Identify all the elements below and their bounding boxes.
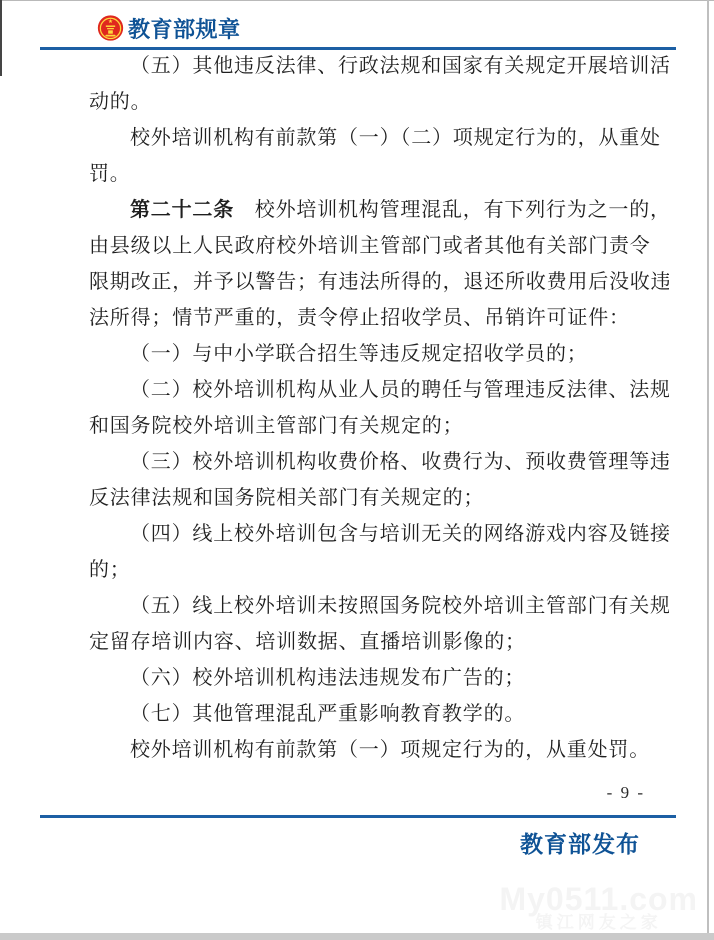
page-edge-right	[707, 0, 709, 933]
body-line: 由县级以上人民政府校外培训主管部门或者其他有关部门责令	[89, 228, 669, 264]
paragraph: 第二十二条 校外培训机构管理混乱，有下列行为之一的，由县级以上人民政府校外培训主…	[89, 192, 669, 336]
body-line: 动的。	[89, 84, 669, 120]
body-line: 的；	[89, 552, 669, 588]
body-line: （六）校外培训机构违法违规发布广告的；	[89, 660, 669, 696]
paragraph: （一）与中小学联合招生等违反规定招收学员的；	[89, 336, 669, 372]
paragraph: 校外培训机构有前款第（一）项规定行为的，从重处罚。	[89, 732, 669, 768]
body-line: （五）线上校外培训未按照国务院校外培训主管部门有关规	[89, 588, 669, 624]
body-line: 和国务院校外培训主管部门有关规定的；	[89, 408, 669, 444]
body-line: 校外培训机构有前款第（一）（二）项规定行为的，从重处	[89, 120, 669, 156]
watermark-text: My0511.com	[499, 884, 698, 914]
document-body: （五）其他违反法律、行政法规和国家有关规定开展培训活动的。校外培训机构有前款第（…	[89, 48, 669, 768]
paragraph: （三）校外培训机构收费价格、收费行为、预收费管理等违反法律法规和国务院相关部门有…	[89, 444, 669, 516]
body-line: 罚。	[89, 156, 669, 192]
body-line: 校外培训机构有前款第（一）项规定行为的，从重处罚。	[89, 732, 669, 768]
national-emblem-icon	[97, 14, 124, 42]
site-watermark: My0511.com 镇江网友之家	[499, 884, 698, 932]
body-line: 定留存培训内容、培训数据、直播培训影像的；	[89, 624, 669, 660]
body-line: （七）其他管理混乱严重影响教育教学的。	[89, 696, 669, 732]
body-line: （三）校外培训机构收费价格、收费行为、预收费管理等违	[89, 444, 669, 480]
paragraph: （五）线上校外培训未按照国务院校外培训主管部门有关规定留存培训内容、培训数据、直…	[89, 588, 669, 660]
body-line: （二）校外培训机构从业人员的聘任与管理违反法律、法规	[89, 372, 669, 408]
document-header: 教育部规章	[97, 13, 241, 43]
footer-rule	[40, 815, 676, 818]
body-line: 限期改正，并予以警告；有违法所得的，退还所收费用后没收违	[89, 264, 669, 300]
page-edge-top	[0, 0, 714, 1]
page-edge-bottom	[0, 933, 714, 940]
paragraph: （二）校外培训机构从业人员的聘任与管理违反法律、法规和国务院校外培训主管部门有关…	[89, 372, 669, 444]
paragraph: （五）其他违反法律、行政法规和国家有关规定开展培训活动的。	[89, 48, 669, 120]
body-line: （四）线上校外培训包含与培训无关的网络游戏内容及链接	[89, 516, 669, 552]
body-line: （一）与中小学联合招生等违反规定招收学员的；	[89, 336, 669, 372]
document-page: 教育部规章 （五）其他违反法律、行政法规和国家有关规定开展培训活动的。校外培训机…	[0, 0, 714, 940]
header-title: 教育部规章	[128, 13, 241, 44]
body-line: 反法律法规和国务院相关部门有关规定的；	[89, 480, 669, 516]
paragraph: 校外培训机构有前款第（一）（二）项规定行为的，从重处罚。	[89, 120, 669, 192]
footer-publisher: 教育部发布	[89, 831, 640, 857]
body-line: 法所得；情节严重的，责令停止招收学员、吊销许可证件：	[89, 300, 669, 336]
paragraph: （四）线上校外培训包含与培训无关的网络游戏内容及链接的；	[89, 516, 669, 588]
page-number: - 9 -	[89, 783, 645, 803]
paragraph: （六）校外培训机构违法违规发布广告的；	[89, 660, 669, 696]
body-line: 第二十二条 校外培训机构管理混乱，有下列行为之一的，	[89, 192, 669, 228]
body-line: （五）其他违反法律、行政法规和国家有关规定开展培训活	[89, 48, 669, 84]
page-edge-left	[0, 0, 2, 76]
paragraph: （七）其他管理混乱严重影响教育教学的。	[89, 696, 669, 732]
